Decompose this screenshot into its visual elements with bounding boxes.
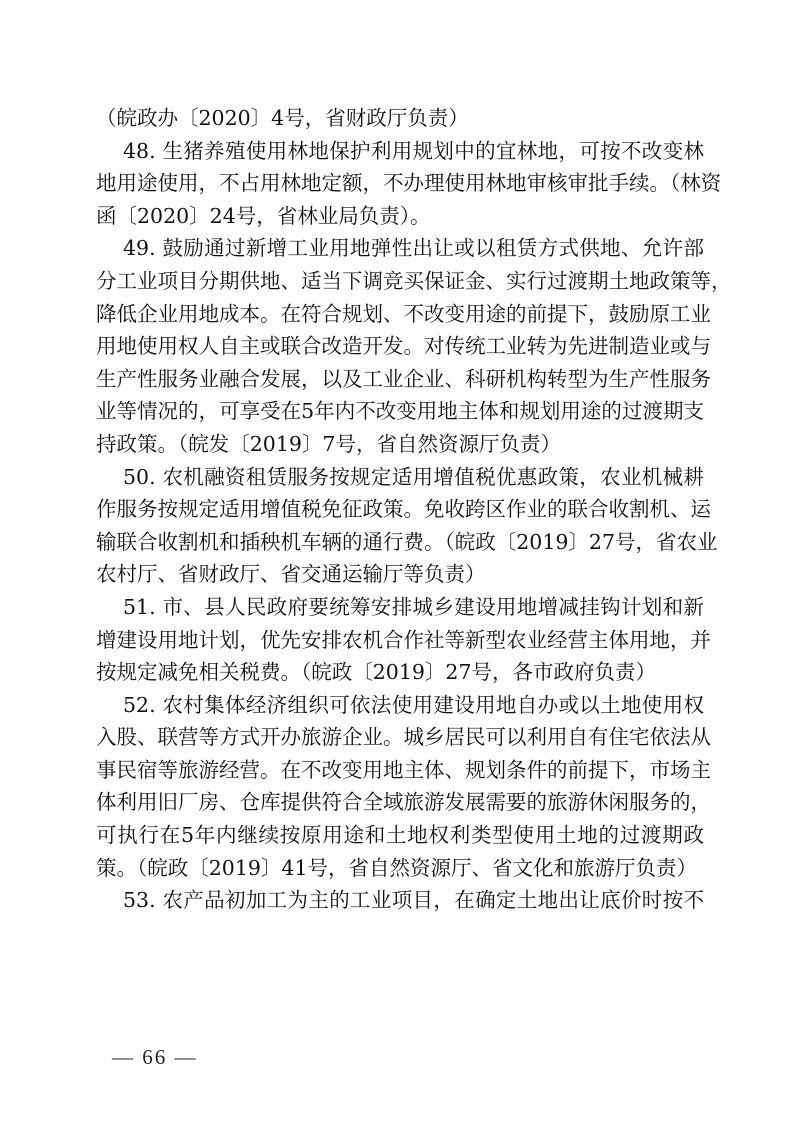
text-line: 48. 生猪养殖使用林地保护利用规划中的宜林地，可按不改变林 [96,135,704,168]
text-line: 50. 农机融资租赁服务按规定适用增值税优惠政策，农业机械耕 [96,461,704,494]
text-line: 体利用旧厂房、仓库提供符合全域旅游发展需要的旅游休闲服务的， [96,786,704,819]
document-page: （皖政办〔2020〕4号，省财政厅负责） 48. 生猪养殖使用林地保护利用规划中… [96,102,704,917]
paragraph-52: 52. 农村集体经济组织可依法使用建设用地自办或以土地使用权 入股、联营等方式开… [96,689,704,885]
text-line: 地用途使用，不占用林地定额，不办理使用林地审核审批手续。（林资 [96,167,704,200]
text-line: 函〔2020〕24号，省林业局负责）。 [96,200,704,233]
text-line: 事民宿等旅游经营。在不改变用地主体、规划条件的前提下，市场主 [96,754,704,787]
text-line: 持政策。（皖发〔2019〕7号，省自然资源厅负责） [96,428,704,461]
text-line: 用地使用权人自主或联合改造开发。对传统工业转为先进制造业或与 [96,330,704,363]
text-line: 增建设用地计划，优先安排农机合作社等新型农业经营主体用地，并 [96,624,704,657]
text-line: 降低企业用地成本。在符合规划、不改变用途的前提下，鼓励原工业 [96,298,704,331]
text-line: 作服务按规定适用增值税免征政策。免收跨区作业的联合收割机、运 [96,493,704,526]
text-line: 农村厅、省财政厅、省交通运输厅等负责） [96,558,704,591]
text-line: 业等情况的，可享受在5年内不改变用地主体和规划用途的过渡期支 [96,395,704,428]
text-line: 按规定减免相关税费。（皖政〔2019〕27号，各市政府负责） [96,656,704,689]
text-line: 分工业项目分期供地、适当下调竞买保证金、实行过渡期土地政策等， [96,265,704,298]
text-line: 51. 市、县人民政府要统筹安排城乡建设用地增减挂钩计划和新 [96,591,704,624]
text-line: 可执行在5年内继续按原用途和土地权利类型使用土地的过渡期政 [96,819,704,852]
paragraph-50: 50. 农机融资租赁服务按规定适用增值税优惠政策，农业机械耕 作服务按规定适用增… [96,461,704,591]
paragraph-48: 48. 生猪养殖使用林地保护利用规划中的宜林地，可按不改变林 地用途使用，不占用… [96,135,704,233]
paragraph-47-tail: （皖政办〔2020〕4号，省财政厅负责） [96,102,704,135]
text-line: 入股、联营等方式开办旅游企业。城乡居民可以利用自有住宅依法从 [96,721,704,754]
text-line: 输联合收割机和插秧机车辆的通行费。（皖政〔2019〕27号，省农业 [96,526,704,559]
text-line: （皖政办〔2020〕4号，省财政厅负责） [96,102,704,135]
text-line: 策。（皖政〔2019〕41号，省自然资源厅、省文化和旅游厅负责） [96,852,704,885]
text-line: 52. 农村集体经济组织可依法使用建设用地自办或以土地使用权 [96,689,704,722]
paragraph-49: 49. 鼓励通过新增工业用地弹性出让或以租赁方式供地、允许部 分工业项目分期供地… [96,232,704,460]
paragraph-51: 51. 市、县人民政府要统筹安排城乡建设用地增减挂钩计划和新 增建设用地计划，优… [96,591,704,689]
text-line: 49. 鼓励通过新增工业用地弹性出让或以租赁方式供地、允许部 [96,232,704,265]
text-line: 生产性服务业融合发展，以及工业企业、科研机构转型为生产性服务 [96,363,704,396]
page-number: — 66 — [112,1045,198,1070]
paragraph-53: 53. 农产品初加工为主的工业项目，在确定土地出让底价时按不 [96,884,704,917]
text-line: 53. 农产品初加工为主的工业项目，在确定土地出让底价时按不 [96,884,704,917]
